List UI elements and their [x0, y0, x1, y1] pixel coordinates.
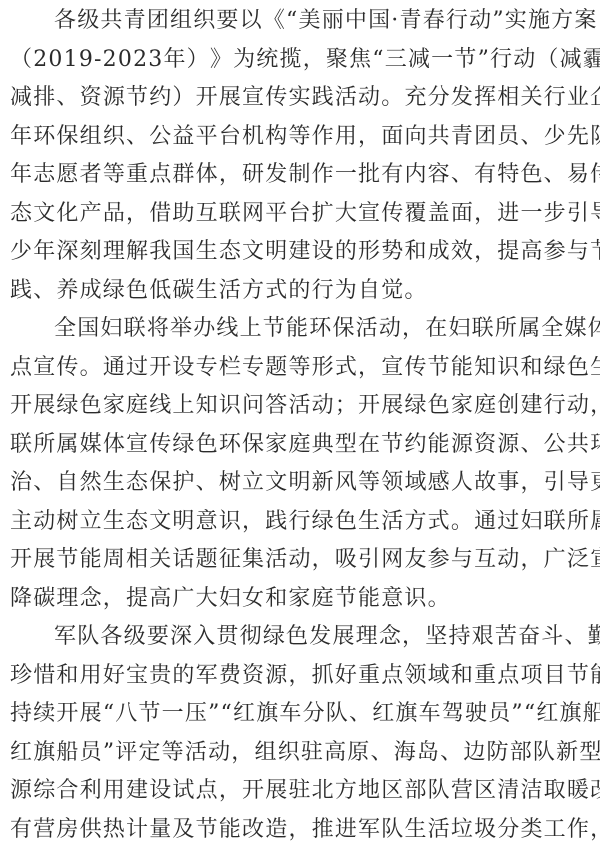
text-line: 全国妇联将举办线上节能环保活动，在妇联所属全媒体进行重 — [10, 310, 590, 349]
text-line: 源综合利用建设试点，开展驻北方地区部队营区清洁取暖改造，既 — [10, 772, 590, 811]
text-line: 少年深刻理解我国生态文明建设的形势和成效，提高参与节能实 — [10, 233, 590, 272]
document-page: 各级共青团组织要以《“美丽中国·青春行动”实施方案 （2019-2023 年）》… — [0, 0, 600, 862]
text-line: 降碳理念，提高广大妇女和家庭节能意识。 — [10, 580, 590, 619]
paragraph-youth-league: 各级共青团组织要以《“美丽中国·青春行动”实施方案 （2019-2023 年）》… — [10, 2, 590, 310]
text-line: 态文化产品，借助互联网平台扩大宣传覆盖面，进一步引导广大青 — [10, 195, 590, 234]
text-line: 联所属媒体宣传绿色环保家庭典型在节约能源资源、公共环境整 — [10, 426, 590, 465]
text-line: 践、养成绿色低碳生活方式的行为自觉。 — [10, 272, 590, 311]
text-line: 珍惜和用好宝贵的军费资源，抓好重点领域和重点项目节能降耗， — [10, 657, 590, 696]
text-line: 开展节能周相关话题征集活动，吸引网友参与互动，广泛宣传节能 — [10, 541, 590, 580]
text-line: 年环保组织、公益平台机构等作用，面向共青团员、少先队员、青 — [10, 118, 590, 157]
text-line: 主动树立生态文明意识，践行绿色生活方式。通过妇联所属新媒体 — [10, 503, 590, 542]
text-line: 年志愿者等重点群体，研发制作一批有内容、有特色、易传播的生 — [10, 156, 590, 195]
paragraph-military: 军队各级要深入贯彻绿色发展理念，坚持艰苦奋斗、勤俭建军， 珍惜和用好宝贵的军费资… — [10, 618, 590, 849]
text-line: 军队各级要深入贯彻绿色发展理念，坚持艰苦奋斗、勤俭建军， — [10, 618, 590, 657]
text-line: 持续开展“八节一压”“红旗车分队、红旗车驾驶员”“红旗船队、 — [10, 695, 590, 734]
text-line: 开展绿色家庭线上知识问答活动；开展绿色家庭创建行动，通过妇 — [10, 387, 590, 426]
text-line: 红旗船员”评定等活动，组织驻高原、海岛、边防部队新型军事能 — [10, 734, 590, 773]
text-line: 有营房供热计量及节能改造，推进军队生活垃圾分类工作，推行军 — [10, 811, 590, 850]
text-line: 治、自然生态保护、树立文明新风等领域感人故事，引导更多家庭 — [10, 464, 590, 503]
text-line: 减排、资源节约）开展宣传实践活动。充分发挥相关行业企业、青 — [10, 79, 590, 118]
text-line: （2019-2023 年）》为统揽，聚焦“三减一节”行动（减霾、减塑、 — [10, 41, 590, 80]
paragraph-womens-federation: 全国妇联将举办线上节能环保活动，在妇联所属全媒体进行重 点宣传。通过开设专栏专题… — [10, 310, 590, 618]
text-line: 各级共青团组织要以《“美丽中国·青春行动”实施方案 — [10, 2, 590, 41]
text-line: 点宣传。通过开设专栏专题等形式，宣传节能知识和绿色生活理念； — [10, 349, 590, 388]
